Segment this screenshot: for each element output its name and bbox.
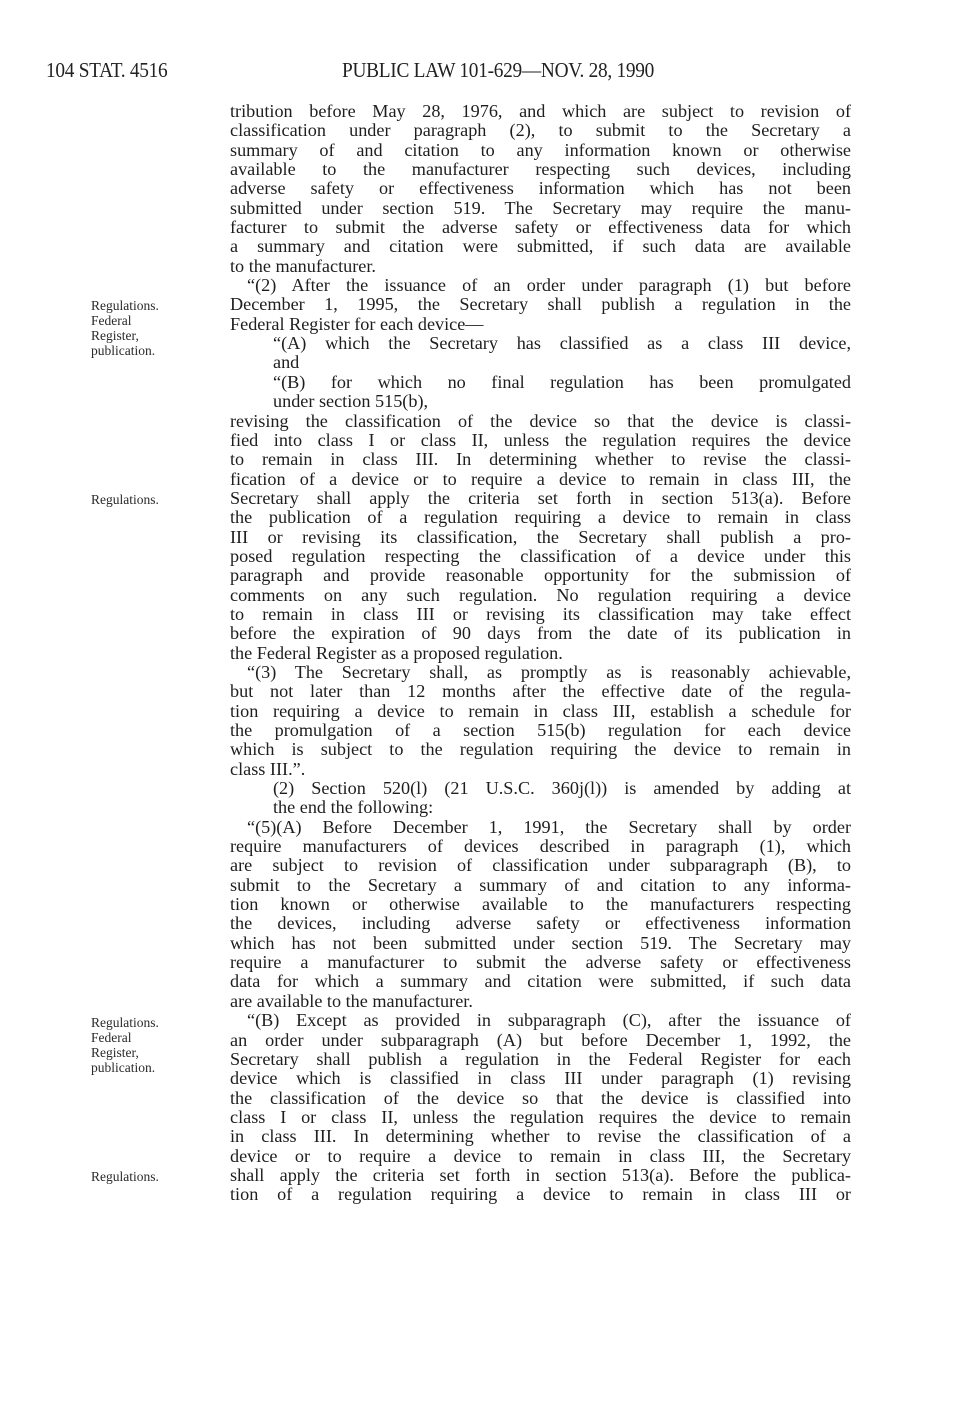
text-line: an order under subparagraph (A) but befo…: [230, 1031, 851, 1050]
margin-note-line: publication.: [91, 1060, 159, 1075]
text-line: the classification of the device so that…: [230, 1089, 851, 1108]
margin-note-line: Register,: [91, 328, 159, 343]
text-line: to the manufacturer.: [230, 257, 851, 276]
margin-note-line: Regulations.: [91, 1015, 159, 1030]
margin-note-line: Regulations.: [91, 298, 159, 313]
text-line: the end the following:: [230, 798, 851, 817]
text-line: data for which a summary and citation we…: [230, 972, 851, 991]
text-line: device which is classified in class III …: [230, 1069, 851, 1088]
text-line: submitted under section 519. The Secreta…: [230, 199, 851, 218]
margin-note-line: Register,: [91, 1045, 159, 1060]
paragraph-5a-start: “(5)(A) Before December 1, 1991, the Sec…: [230, 818, 851, 837]
text-line: which is subject to the regulation requi…: [230, 740, 851, 759]
subparagraph-b: “(B) for which no final regulation has b…: [230, 373, 851, 392]
margin-note-regulations-federal-register: Regulations. Federal Register, publicati…: [91, 298, 159, 358]
margin-note-regulations: Regulations.: [91, 1169, 159, 1184]
text-line: the Federal Register as a proposed regul…: [230, 644, 851, 663]
text-line: a summary and citation were submitted, i…: [230, 237, 851, 256]
text-line: December 1, 1995, the Secretary shall pu…: [230, 295, 851, 314]
margin-note-line: Federal: [91, 313, 159, 328]
margin-note-line: Regulations.: [91, 1169, 159, 1184]
text-line: tion of a regulation requiring a device …: [230, 1185, 851, 1204]
statute-page-reference: 104 STAT. 4516: [46, 58, 167, 83]
text-line: comments on any such regulation. No regu…: [230, 586, 851, 605]
text-line: but not later than 12 months after the e…: [230, 682, 851, 701]
margin-note-line: publication.: [91, 343, 159, 358]
text-line: summary of and citation to any informati…: [230, 141, 851, 160]
text-line: III or revising its classification, the …: [230, 528, 851, 547]
text-line: to remain in class III. In determining w…: [230, 450, 851, 469]
text-line: facturer to submit the adverse safety or…: [230, 218, 851, 237]
margin-note-regulations: Regulations.: [91, 492, 159, 507]
paragraph-3-start: “(3) The Secretary shall, as promptly as…: [230, 663, 851, 682]
text-line: the promulgation of a section 515(b) reg…: [230, 721, 851, 740]
amendment-2-start: (2) Section 520(l) (21 U.S.C. 360j(l)) i…: [230, 779, 851, 798]
margin-note-line: Federal: [91, 1030, 159, 1045]
text-line: Secretary shall publish a regulation in …: [230, 1050, 851, 1069]
text-line: are subject to revision of classificatio…: [230, 856, 851, 875]
text-line: posed regulation respecting the classifi…: [230, 547, 851, 566]
text-line: fied into class I or class II, unless th…: [230, 431, 851, 450]
text-line: available to the manufacturer respecting…: [230, 160, 851, 179]
text-line: tion requiring a device to remain in cla…: [230, 702, 851, 721]
text-line: tribution before May 28, 1976, and which…: [230, 102, 851, 121]
text-line: revising the classification of the devic…: [230, 412, 851, 431]
text-line: to remain in class III or revising its c…: [230, 605, 851, 624]
paragraph-2-start: “(2) After the issuance of an order unde…: [230, 276, 851, 295]
text-line: fication of a device or to require a dev…: [230, 470, 851, 489]
text-line: adverse safety or effectiveness informat…: [230, 179, 851, 198]
text-line: classification under paragraph (2), to s…: [230, 121, 851, 140]
public-law-title: PUBLIC LAW 101-629—NOV. 28, 1990: [342, 58, 654, 83]
text-line: before the expiration of 90 days from th…: [230, 624, 851, 643]
text-line: class III.”.: [230, 760, 851, 779]
margin-note-line: Regulations.: [91, 492, 159, 507]
text-line: paragraph and provide reasonable opportu…: [230, 566, 851, 585]
text-line: the devices, including adverse safety or…: [230, 914, 851, 933]
margin-note-regulations-federal-register: Regulations. Federal Register, publicati…: [91, 1015, 159, 1075]
text-line: require a manufacturer to submit the adv…: [230, 953, 851, 972]
text-line: and: [230, 353, 851, 372]
text-line: device or to require a device to remain …: [230, 1147, 851, 1166]
text-line: are available to the manufacturer.: [230, 992, 851, 1011]
text-line: in class III. In determining whether to …: [230, 1127, 851, 1146]
page-header: 104 STAT. 4516 PUBLIC LAW 101-629—NOV. 2…: [0, 58, 955, 88]
text-line: which has not been submitted under secti…: [230, 934, 851, 953]
paragraph-5b-start: “(B) Except as provided in subparagraph …: [230, 1011, 851, 1030]
text-line: under section 515(b),: [230, 392, 851, 411]
text-line: shall apply the criteria set forth in se…: [230, 1166, 851, 1185]
text-line: class I or class II, unless the regulati…: [230, 1108, 851, 1127]
text-line: submit to the Secretary a summary of and…: [230, 876, 851, 895]
text-line: tion known or otherwise available to the…: [230, 895, 851, 914]
text-line: the publication of a regulation requirin…: [230, 508, 851, 527]
text-line: Federal Register for each device—: [230, 315, 851, 334]
statute-body: tribution before May 28, 1976, and which…: [230, 102, 851, 1205]
subparagraph-a: “(A) which the Secretary has classified …: [230, 334, 851, 353]
text-line: require manufacturers of devices describ…: [230, 837, 851, 856]
text-line: Secretary shall apply the criteria set f…: [230, 489, 851, 508]
